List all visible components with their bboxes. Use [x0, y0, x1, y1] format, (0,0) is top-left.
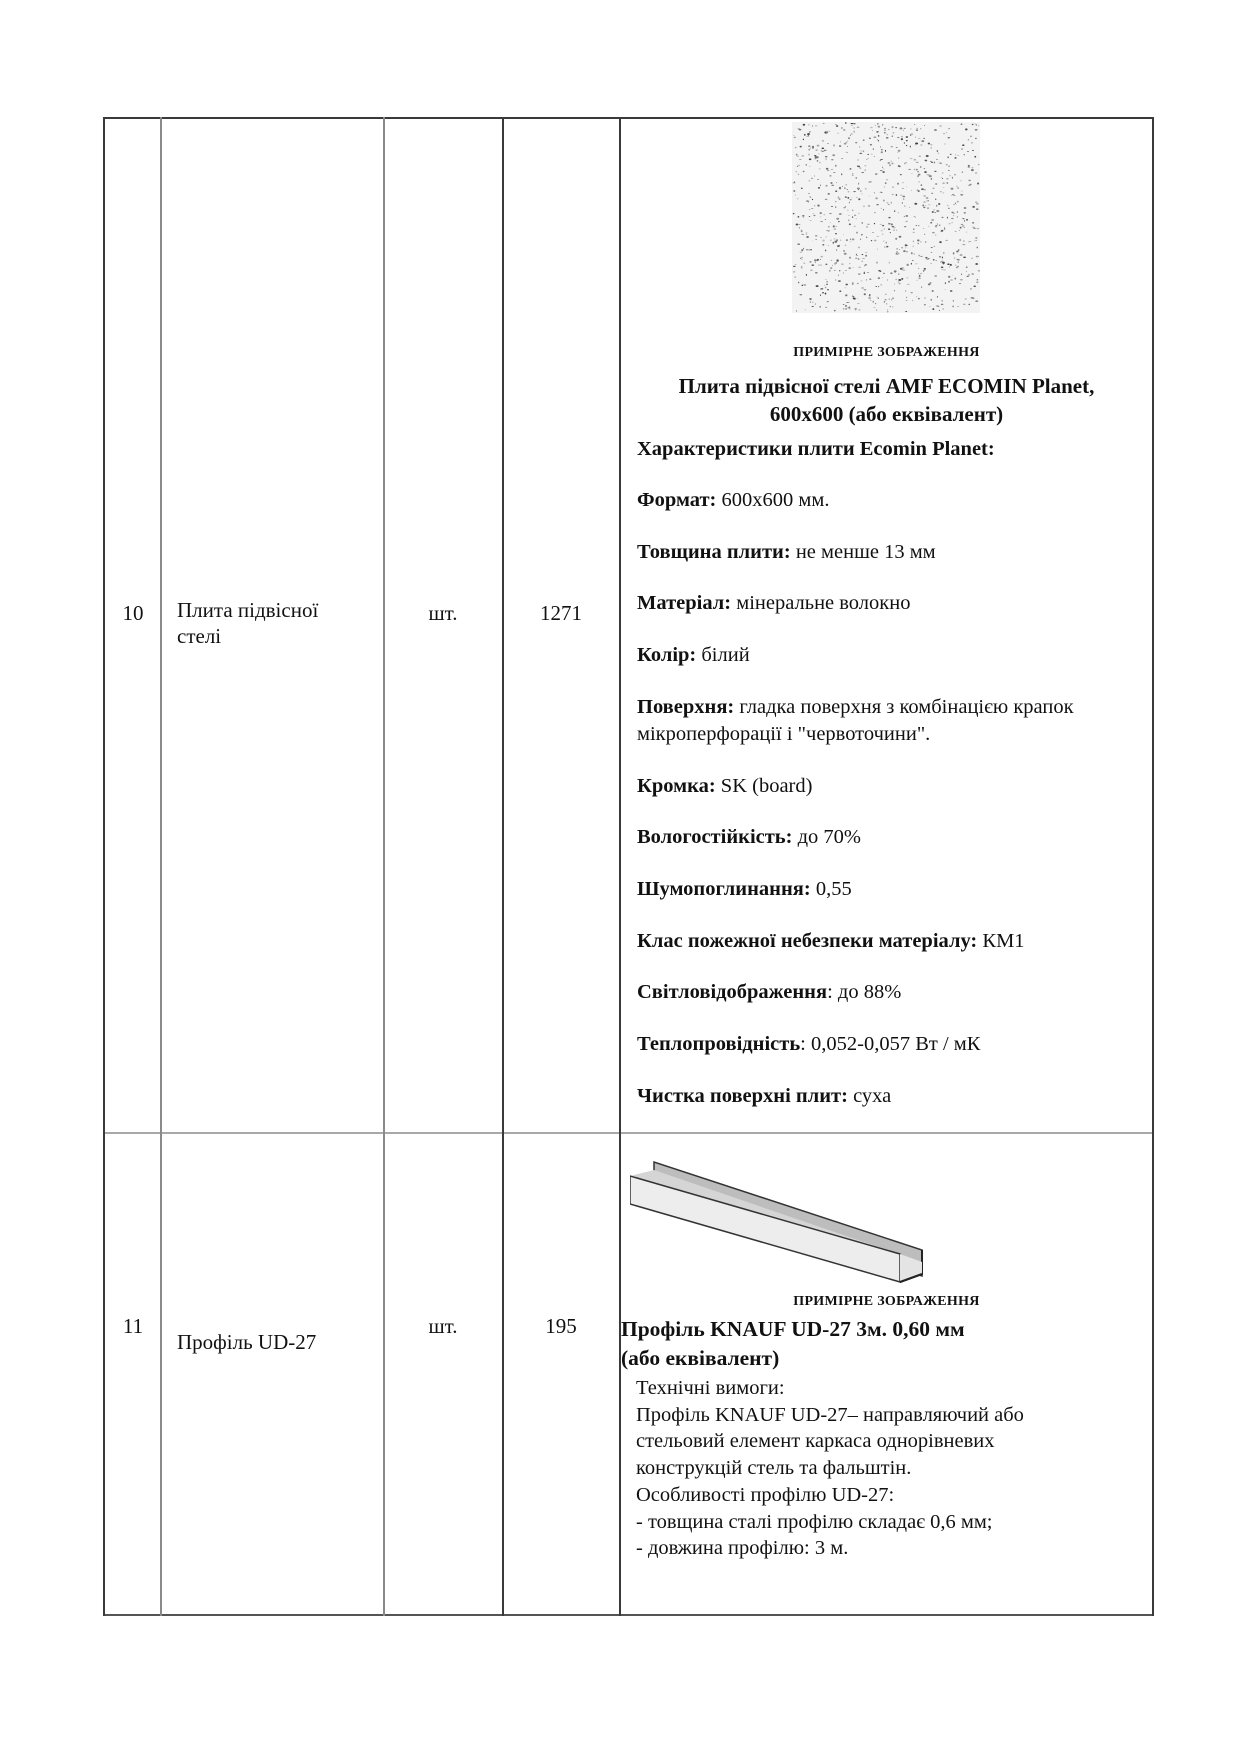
spec-item: Формат: 600x600 мм. [637, 487, 1149, 514]
spec-value: білий [696, 644, 749, 666]
col-border-left [103, 117, 105, 1616]
spec-item: Чистка поверхні плит: суха [637, 1083, 1149, 1110]
table-top-border [103, 117, 1154, 119]
col-border-1 [160, 117, 162, 1616]
item-unit: шт. [384, 1313, 502, 1339]
spec-value: SK (board) [716, 775, 813, 797]
col-border-2 [383, 117, 385, 1616]
spec-label: Світловідображення [637, 981, 827, 1003]
item-title-line1: Плита підвісної стелі AMF ECOMIN Planet, [620, 372, 1153, 400]
item-name: Профіль UD-27 [177, 1329, 382, 1355]
spec-value: : 0,052-0,057 Вт / мК [800, 1033, 980, 1055]
requirement-line: Особливості профілю UD-27: [636, 1482, 1024, 1509]
item-title: Профіль KNAUF UD-27 3м. 0,60 мм (або екв… [621, 1315, 965, 1373]
spec-value: КМ1 [977, 930, 1024, 952]
row-number: 10 [105, 600, 161, 626]
spec-value: : до 88% [827, 981, 901, 1003]
item-name-line1: Плита підвісної [177, 597, 377, 623]
spec-label: Вологостійкість: [637, 826, 792, 848]
spec-item: Шумопоглинання: 0,55 [637, 876, 1149, 903]
spec-value: не менше 13 мм [791, 541, 936, 563]
spec-item: Товщина плити: не менше 13 мм [637, 539, 1149, 566]
spec-value: 600x600 мм. [716, 489, 829, 511]
item-name: Плита підвісної стелі [177, 597, 377, 649]
requirement-line: - товщина сталі профілю складає 0,6 мм; [636, 1509, 1024, 1536]
image-caption: ПРИМІРНЕ ЗОБРАЖЕННЯ [620, 1294, 1153, 1310]
spec-value: до 70% [792, 826, 861, 848]
row-number: 11 [105, 1313, 161, 1339]
requirement-line: Профіль KNAUF UD-27– направляючий або [636, 1402, 1024, 1429]
spec-item: Матеріал: мінеральне волокно [637, 590, 1149, 617]
requirement-line: стельовий елемент каркаса однорівневих [636, 1428, 1024, 1455]
spec-item: Вологостійкість: до 70% [637, 824, 1149, 851]
spec-value: суха [848, 1085, 891, 1107]
col-border-4 [619, 117, 621, 1616]
image-caption: ПРИМІРНЕ ЗОБРАЖЕННЯ [620, 345, 1153, 361]
spec-label: Колір: [637, 644, 696, 666]
row-divider [103, 1132, 1154, 1134]
spec-value: 0,55 [811, 878, 852, 900]
item-quantity: 195 [503, 1313, 619, 1339]
spec-label: Теплопровідність [637, 1033, 800, 1055]
spec-value-line2: мікроперфорації і "червоточини". [637, 723, 930, 745]
requirement-line: - довжина профілю: 3 м. [636, 1535, 1024, 1562]
specs-heading-text: Характеристики плити Ecomin Planet: [637, 438, 995, 460]
spec-label: Поверхня: [637, 696, 734, 718]
item-unit: шт. [384, 600, 502, 626]
spec-label: Формат: [637, 489, 716, 511]
item-name-line2: стелі [177, 623, 377, 649]
spec-item: Поверхня: гладка поверхня з комбінацією … [637, 694, 1149, 748]
item-title-line2: (або еквівалент) [621, 1344, 965, 1373]
ceiling-tile-image [792, 122, 980, 313]
specs-heading: Характеристики плити Ecomin Planet: [637, 436, 1149, 463]
spec-label: Шумопоглинання: [637, 878, 811, 900]
technical-requirements: Технічні вимоги:Профіль KNAUF UD-27– нап… [636, 1375, 1024, 1562]
item-title: Плита підвісної стелі AMF ECOMIN Planet,… [620, 372, 1153, 428]
spec-label: Товщина плити: [637, 541, 791, 563]
requirement-line: конструкцій стель та фальштін. [636, 1455, 1024, 1482]
spec-label: Матеріал: [637, 592, 731, 614]
table-bottom-border [103, 1614, 1154, 1616]
spec-label: Клас пожежної небезпеки матеріалу: [637, 930, 977, 952]
spec-value: гладка поверхня з комбінацією крапок [734, 696, 1073, 718]
col-border-3 [502, 117, 504, 1616]
spec-item: Кромка: SK (board) [637, 773, 1149, 800]
item-title-line1: Профіль KNAUF UD-27 3м. 0,60 мм [621, 1315, 965, 1344]
spec-label: Кромка: [637, 775, 716, 797]
col-border-right [1152, 117, 1154, 1616]
spec-item: Клас пожежної небезпеки матеріалу: КМ1 [637, 928, 1149, 955]
spec-item: Колір: білий [637, 642, 1149, 669]
spec-value: мінеральне волокно [731, 592, 910, 614]
item-quantity: 1271 [503, 600, 619, 626]
spec-item: Теплопровідність: 0,052-0,057 Вт / мК [637, 1031, 1149, 1058]
item-title-line2: 600x600 (або еквівалент) [620, 400, 1153, 428]
requirement-line: Технічні вимоги: [636, 1375, 1024, 1402]
spec-label: Чистка поверхні плит: [637, 1085, 848, 1107]
metal-profile-image [630, 1158, 936, 1284]
spec-item: Світловідображення: до 88% [637, 979, 1149, 1006]
